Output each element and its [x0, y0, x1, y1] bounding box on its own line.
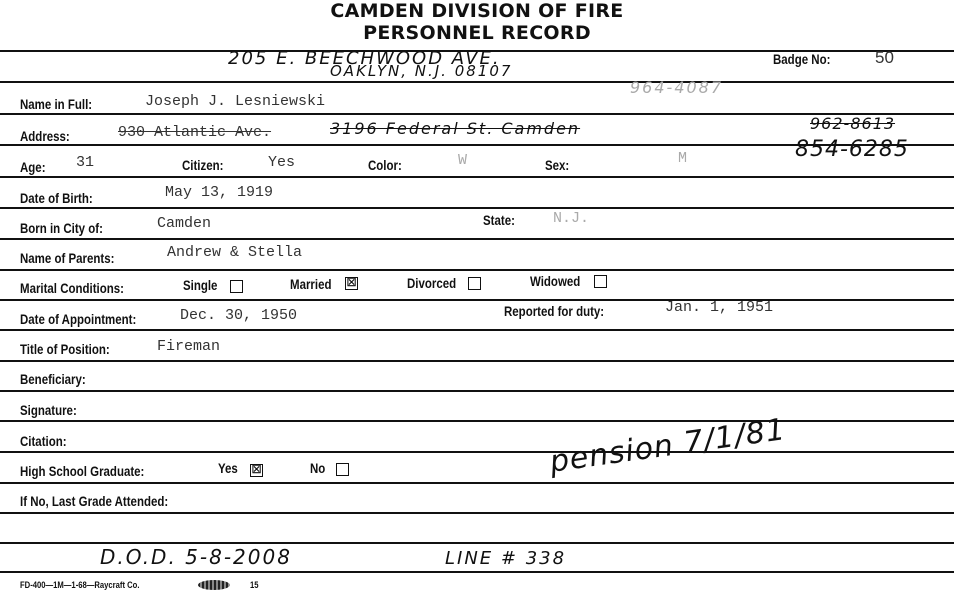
hs-no-label: No: [310, 460, 325, 476]
sex-label: Sex:: [545, 157, 569, 173]
marital-divorced-checkbox[interactable]: [468, 277, 481, 290]
dob-label: Date of Birth:: [20, 190, 93, 206]
divider: [0, 299, 954, 301]
form-title: CAMDEN DIVISION OF FIRE: [0, 0, 954, 22]
color-label: Color:: [368, 157, 402, 173]
footer-number: 15: [250, 580, 259, 590]
date-of-death-note: D.O.D. 5-8-2008: [100, 545, 292, 569]
divider: [0, 390, 954, 392]
last-grade-label: If No, Last Grade Attended:: [20, 493, 168, 509]
reported-value: Jan. 1, 1951: [665, 299, 773, 316]
name-label: Name in Full:: [20, 96, 92, 112]
divider: [0, 176, 954, 178]
title-value: Fireman: [157, 338, 220, 355]
divider: [0, 482, 954, 484]
title-label: Title of Position:: [20, 341, 110, 357]
parents-value: Andrew & Stella: [167, 244, 302, 261]
divider: [0, 512, 954, 514]
marital-single-checkbox[interactable]: [230, 280, 243, 293]
handwritten-address-line2: OAKLYN, N.J. 08107: [330, 62, 512, 80]
age-value: 31: [76, 154, 94, 171]
hs-grad-label: High School Graduate:: [20, 463, 144, 479]
marital-divorced-label: Divorced: [407, 275, 456, 291]
born-city-label: Born in City of:: [20, 220, 103, 236]
state-value: N.J.: [553, 210, 589, 227]
born-city-value: Camden: [157, 215, 211, 232]
divider: [0, 329, 954, 331]
hs-yes-checkbox[interactable]: ☒: [250, 464, 263, 477]
address-old-typed: 930 Atlantic Ave.: [118, 124, 271, 141]
marital-married-checkbox[interactable]: ☒: [345, 277, 358, 290]
printer-logo-icon: [198, 580, 230, 590]
sex-value: M: [678, 150, 687, 167]
parents-label: Name of Parents:: [20, 250, 114, 266]
appointment-label: Date of Appointment:: [20, 311, 136, 327]
address-label: Address:: [20, 128, 70, 144]
pension-note: pension 7/1/81: [548, 412, 789, 480]
dob-value: May 13, 1919: [165, 184, 273, 201]
hs-no-checkbox[interactable]: [336, 463, 349, 476]
address-old-handwritten: 3196 Federal St. Camden: [330, 119, 580, 138]
divider: [0, 420, 954, 422]
divider: [0, 238, 954, 240]
line-number-note: LINE # 338: [445, 548, 566, 569]
beneficiary-label: Beneficiary:: [20, 371, 86, 387]
divider: [0, 542, 954, 544]
divider: [0, 360, 954, 362]
citizen-label: Citizen:: [182, 157, 223, 173]
divider: [0, 269, 954, 271]
divider: [0, 451, 954, 453]
form-subtitle: PERSONNEL RECORD: [0, 22, 954, 44]
divider: [0, 81, 954, 83]
age-label: Age:: [20, 159, 46, 175]
name-value: Joseph J. Lesniewski: [145, 93, 325, 110]
phone-old: 962-8613: [810, 114, 895, 133]
signature-label: Signature:: [20, 402, 77, 418]
appointment-value: Dec. 30, 1950: [180, 307, 297, 324]
badge-label: Badge No:: [773, 51, 830, 67]
divider: [0, 207, 954, 209]
badge-value: 50: [875, 48, 894, 68]
faint-handwritten-note: 964-4087: [630, 78, 723, 97]
state-label: State:: [483, 212, 515, 228]
citizen-value: Yes: [268, 154, 295, 171]
citation-label: Citation:: [20, 433, 67, 449]
phone-value: 854-6285: [795, 137, 909, 162]
hs-yes-label: Yes: [218, 460, 238, 476]
reported-label: Reported for duty:: [504, 303, 604, 319]
marital-single-label: Single: [183, 277, 217, 293]
marital-label: Marital Conditions:: [20, 280, 124, 296]
marital-married-label: Married: [290, 276, 331, 292]
divider: [0, 571, 954, 573]
form-id: FD-400—1M—1-68—Raycraft Co.: [20, 580, 139, 590]
marital-widowed-label: Widowed: [530, 273, 580, 289]
marital-widowed-checkbox[interactable]: [594, 275, 607, 288]
color-value: W: [458, 152, 467, 169]
